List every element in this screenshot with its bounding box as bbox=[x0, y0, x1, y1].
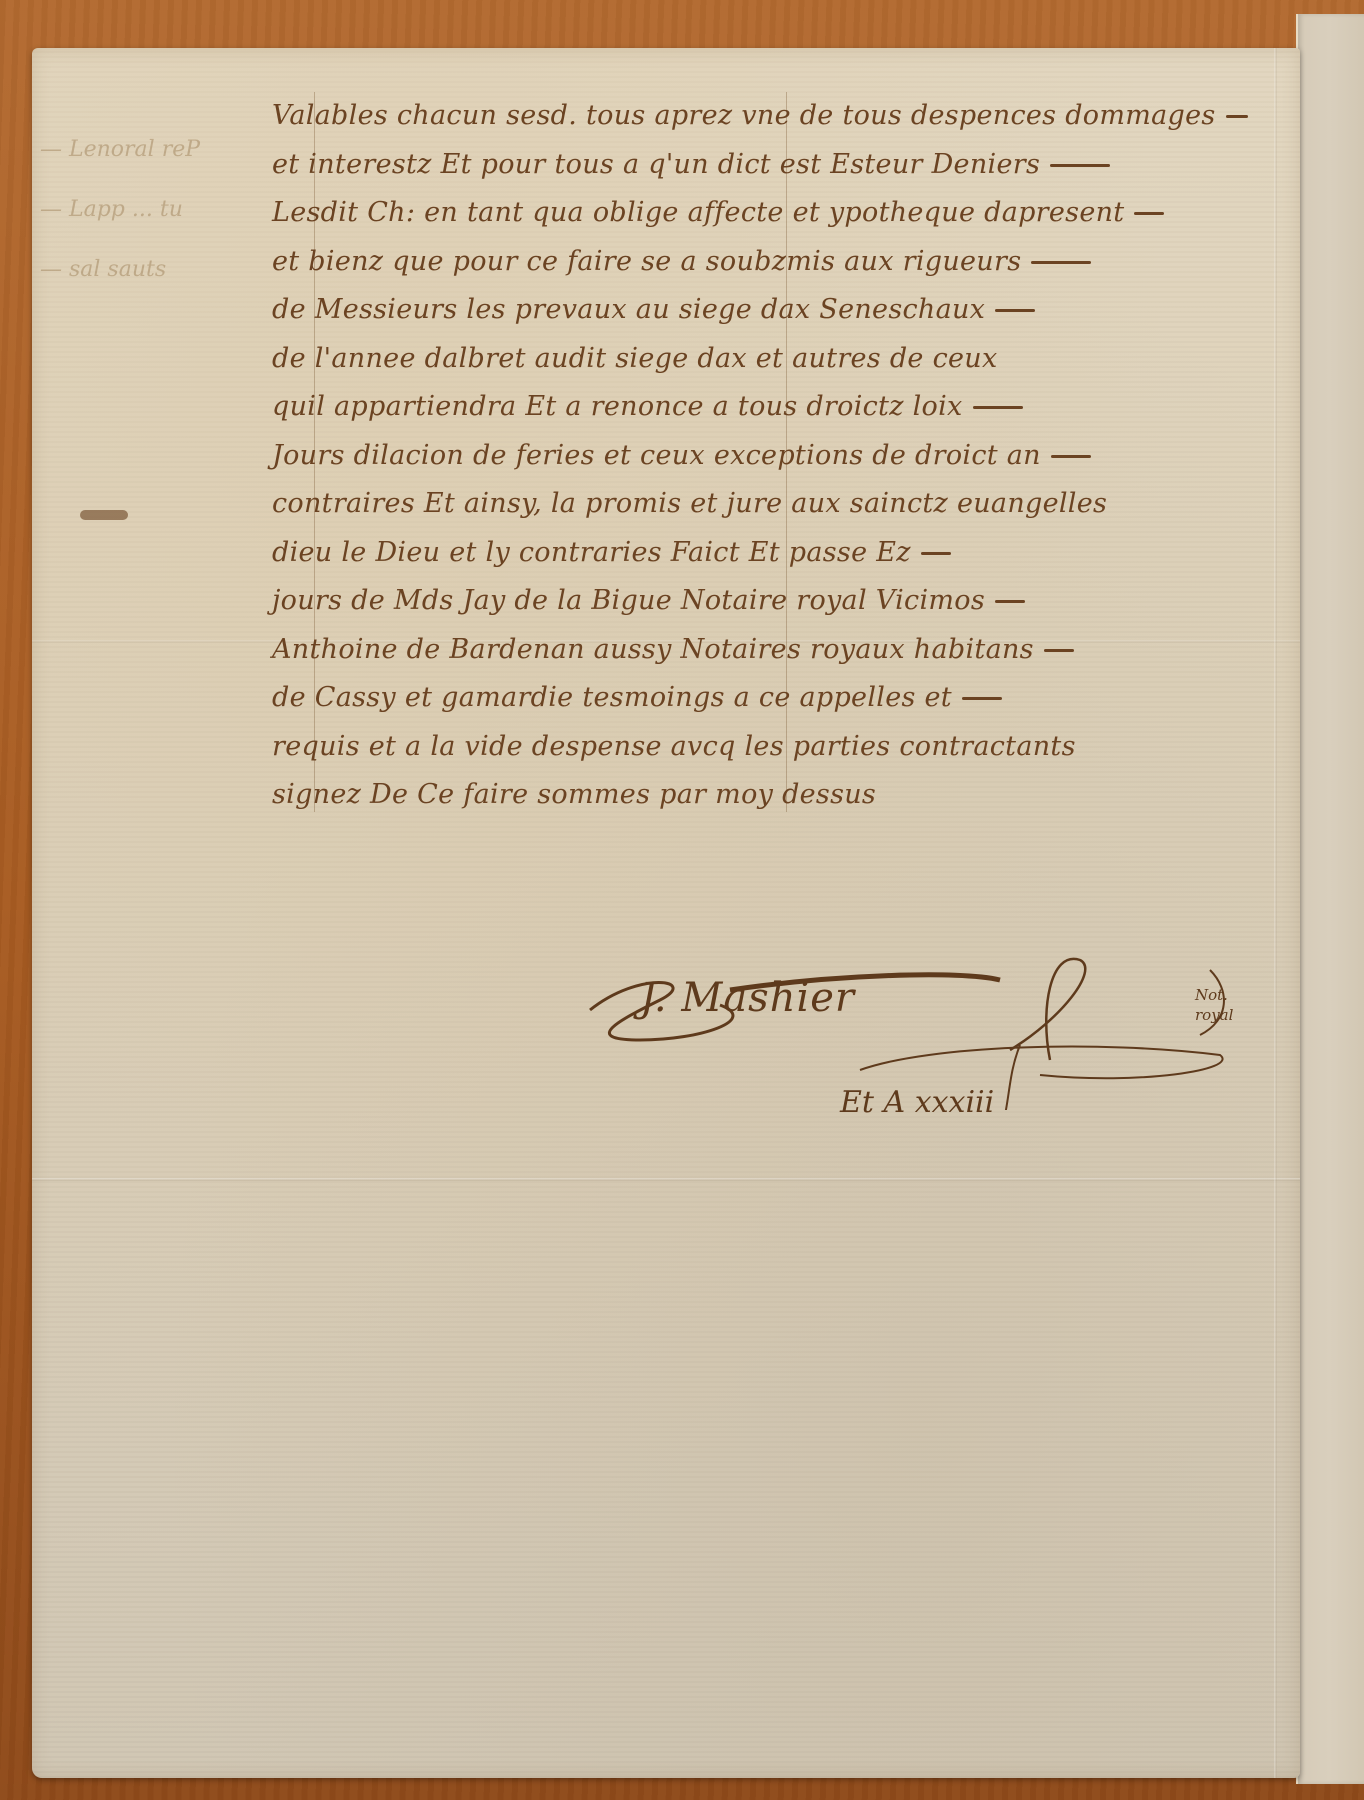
notary-title-line-1: Not. bbox=[1195, 985, 1233, 1005]
horizontal-fold-line bbox=[32, 1178, 1300, 1181]
manuscript-line-1: Valables chacun sesd. tous aprez vne de … bbox=[272, 92, 1132, 141]
left-margin-bleed-through: — Lenoral reP — Lapp ... tu — sal sauts bbox=[40, 60, 240, 300]
manuscript-line-14: requis et a la vide despense avcq les pa… bbox=[272, 723, 1132, 772]
manuscript-line-13: de Cassy et gamardie tesmoings a ce appe… bbox=[272, 674, 1132, 723]
manuscript-line-6: de l'annee dalbret audit siege dax et au… bbox=[272, 335, 1132, 384]
line-text: Lesdit Ch: en tant qua oblige affecte et… bbox=[272, 197, 1124, 228]
line-end-dash bbox=[1050, 164, 1110, 167]
line-text: de Cassy et gamardie tesmoings a ce appe… bbox=[272, 682, 952, 713]
line-text: Anthoine de Bardenan aussy Notaires roya… bbox=[272, 634, 1034, 665]
facing-page-edge bbox=[1296, 14, 1364, 1784]
line-end-dash bbox=[1051, 455, 1091, 458]
manuscript-line-5: de Messieurs les prevaux au siege dax Se… bbox=[272, 286, 1132, 335]
line-text: requis et a la vide despense avcq les pa… bbox=[272, 731, 1076, 762]
line-text: de l'annee dalbret audit siege dax et au… bbox=[272, 343, 998, 374]
line-text: contraires Et ainsy, la promis et jure a… bbox=[272, 488, 1107, 519]
line-end-dash bbox=[995, 309, 1035, 312]
line-end-dash bbox=[1226, 115, 1248, 118]
bleed-line: — Lenoral reP bbox=[40, 120, 240, 180]
line-end-dash bbox=[1044, 649, 1074, 652]
manuscript-line-8: Jours dilacion de feries et ceux excepti… bbox=[272, 432, 1132, 481]
manuscript-line-10: dieu le Dieu et ly contraries Faict Et p… bbox=[272, 529, 1132, 578]
vertical-fold-line bbox=[1274, 48, 1277, 1778]
line-end-dash bbox=[962, 697, 1002, 700]
notary-signature: J. Mashier bbox=[640, 975, 855, 1021]
line-text: Jours dilacion de feries et ceux excepti… bbox=[272, 440, 1041, 471]
fee-note: Et A xxxiii bbox=[840, 1085, 994, 1120]
manuscript-text-block: Valables chacun sesd. tous aprez vne de … bbox=[272, 92, 1132, 820]
manuscript-line-3: Lesdit Ch: en tant qua oblige affecte et… bbox=[272, 189, 1132, 238]
line-text: jours de Mds Jay de la Bigue Notaire roy… bbox=[272, 585, 985, 616]
notary-title: Not. royal bbox=[1195, 985, 1233, 1025]
manuscript-line-9: contraires Et ainsy, la promis et jure a… bbox=[272, 480, 1132, 529]
manuscript-line-15: signez De Ce faire sommes par moy dessus bbox=[272, 771, 1132, 820]
line-end-dash bbox=[921, 552, 951, 555]
manuscript-line-11: jours de Mds Jay de la Bigue Notaire roy… bbox=[272, 577, 1132, 626]
line-text: quil appartiendra Et a renonce a tous dr… bbox=[272, 391, 963, 422]
line-text: et bienz que pour ce faire se a soubzmis… bbox=[272, 246, 1021, 277]
line-text: dieu le Dieu et ly contraries Faict Et p… bbox=[272, 537, 911, 568]
margin-ink-stroke bbox=[80, 510, 128, 520]
line-end-dash bbox=[995, 600, 1025, 603]
line-text: signez De Ce faire sommes par moy dessus bbox=[272, 779, 876, 810]
bleed-line: — sal sauts bbox=[40, 240, 240, 300]
line-end-dash bbox=[1031, 261, 1091, 264]
line-text: Valables chacun sesd. tous aprez vne de … bbox=[272, 100, 1216, 131]
manuscript-line-2: et interestz Et pour tous a q'un dict es… bbox=[272, 141, 1132, 190]
manuscript-line-4: et bienz que pour ce faire se a soubzmis… bbox=[272, 238, 1132, 287]
line-end-dash bbox=[1134, 212, 1164, 215]
notary-title-line-2: royal bbox=[1195, 1005, 1233, 1025]
line-end-dash bbox=[973, 406, 1023, 409]
line-text: de Messieurs les prevaux au siege dax Se… bbox=[272, 294, 985, 325]
line-text: et interestz Et pour tous a q'un dict es… bbox=[272, 149, 1040, 180]
bleed-line: — Lapp ... tu bbox=[40, 180, 240, 240]
manuscript-line-12: Anthoine de Bardenan aussy Notaires roya… bbox=[272, 626, 1132, 675]
manuscript-line-7: quil appartiendra Et a renonce a tous dr… bbox=[272, 383, 1132, 432]
